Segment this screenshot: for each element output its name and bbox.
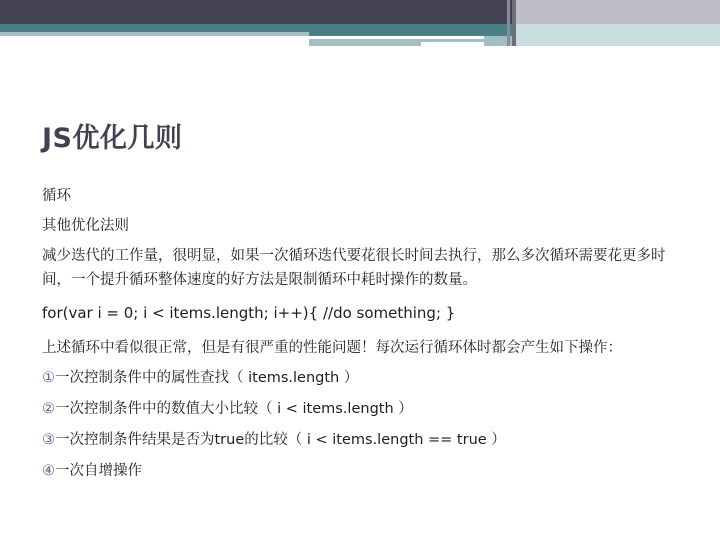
slide-title: JS优化几则	[42, 116, 183, 155]
step-item: ③一次控制条件结果是否为true的比较（ i < items.length ==…	[42, 428, 506, 449]
text-line-loop: 循环	[42, 184, 71, 205]
step-item: ①一次控制条件中的属性查找（ items.length ）	[42, 366, 358, 387]
step-marker: ③	[42, 432, 55, 448]
step-text: 一次控制条件中的数值大小比较（ i < items.length ）	[55, 401, 413, 417]
step-text: 一次控制条件中的属性查找（ items.length ）	[55, 370, 358, 386]
code-for-loop: for(var i = 0; i < items.length; i++){ /…	[42, 304, 455, 322]
step-item: ④一次自增操作	[42, 459, 142, 480]
step-marker: ④	[42, 463, 55, 479]
text-line-performance-issue: 上述循环中看似很正常，但是有很严重的性能问题！每次运行循环体时都会产生如下操作：	[42, 336, 622, 357]
step-text: 一次控制条件结果是否为true的比较（ i < items.length == …	[55, 432, 506, 448]
step-text: 一次自增操作	[55, 463, 142, 479]
header-right-teal-block	[516, 24, 720, 46]
step-marker: ①	[42, 370, 55, 386]
header-vertical-line	[507, 0, 510, 46]
header-light-stripe-3	[309, 42, 421, 46]
step-item: ②一次控制条件中的数值大小比较（ i < items.length ）	[42, 397, 413, 418]
paragraph-reduce-iteration: 减少迭代的工作量，很明显，如果一次循环迭代要花很长时间去执行，那么多次循环需要花…	[42, 244, 682, 292]
header-light-stripe	[0, 32, 309, 36]
step-marker: ②	[42, 401, 55, 417]
text-line-other-rules: 其他优化法则	[42, 214, 129, 235]
